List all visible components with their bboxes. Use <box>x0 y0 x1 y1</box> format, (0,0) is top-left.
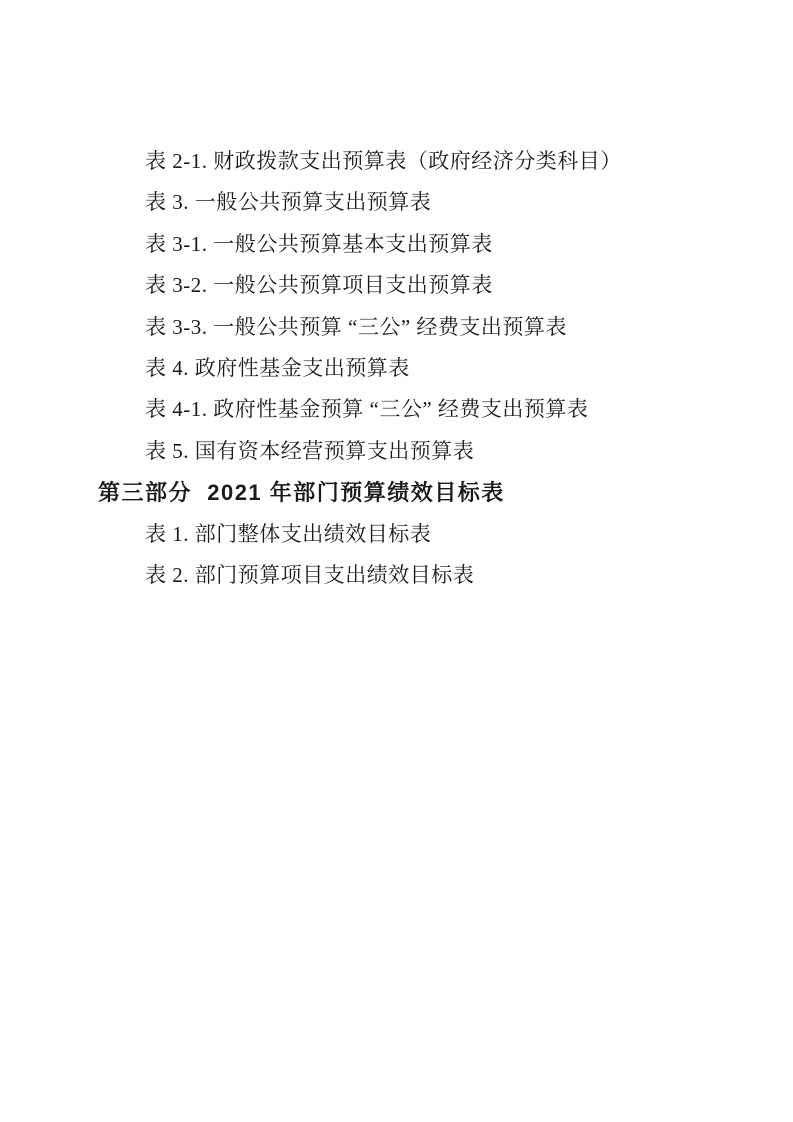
toc-entry-table-2: 表 2. 部门预算项目支出绩效目标表 <box>0 555 793 596</box>
toc-entry-table-3-2: 表 3-2. 一般公共预算项目支出预算表 <box>0 265 793 306</box>
toc-entry-table-1: 表 1. 部门整体支出绩效目标表 <box>0 514 793 555</box>
toc-entry-table-3-1: 表 3-1. 一般公共预算基本支出预算表 <box>0 224 793 265</box>
table-of-contents: 表 2-1. 财政拨款支出预算表（政府经济分类科目） 表 3. 一般公共预算支出… <box>0 0 793 596</box>
toc-section-heading-part3: 第三部分 2021 年部门预算绩效目标表 <box>0 472 793 513</box>
toc-entry-table-3-3: 表 3-3. 一般公共预算 “三公” 经费支出预算表 <box>0 307 793 348</box>
document-page: 表 2-1. 财政拨款支出预算表（政府经济分类科目） 表 3. 一般公共预算支出… <box>0 0 793 1122</box>
toc-entry-table-2-1: 表 2-1. 财政拨款支出预算表（政府经济分类科目） <box>0 141 793 182</box>
toc-entry-table-5: 表 5. 国有资本经营预算支出预算表 <box>0 431 793 472</box>
toc-entry-table-4: 表 4. 政府性基金支出预算表 <box>0 348 793 389</box>
toc-entry-table-4-1: 表 4-1. 政府性基金预算 “三公” 经费支出预算表 <box>0 389 793 430</box>
toc-entry-table-3: 表 3. 一般公共预算支出预算表 <box>0 182 793 223</box>
